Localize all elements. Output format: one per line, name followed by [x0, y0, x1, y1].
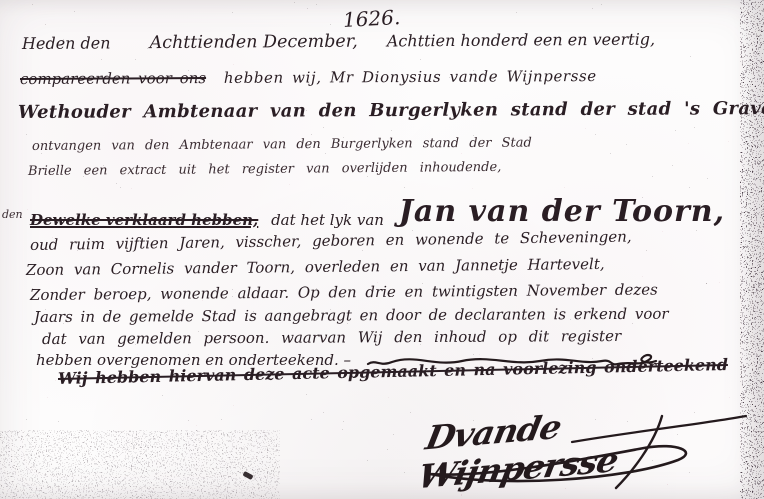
struck-comparanten-text: compareerden voor ons — [20, 69, 206, 88]
register-line: dat van gemelden persoon. waarvan Wij de… — [42, 327, 621, 348]
deceased-name: Jan van der Toorn, — [399, 194, 725, 229]
scanned-death-record: 1626. Heden den Achttienden December, Ac… — [0, 0, 764, 499]
inserted-registrar-text: hebben wij, Mr Dionysius vande Wijnperss… — [224, 67, 597, 87]
ink-blot — [242, 471, 253, 480]
act-number-value: 1626. — [342, 5, 400, 32]
opening-line: Heden den Achttienden December, Achttien… — [22, 30, 655, 54]
parents-line: Zoon van Cornelis vander Toorn, overlede… — [26, 255, 605, 279]
residence-line: Zonder beroep, wonende aldaar. Op den dr… — [30, 281, 658, 304]
declaration-text: dat het lyk van — [271, 211, 384, 229]
received-line-2: Brielle een extract uit het register van… — [28, 160, 501, 179]
registrar-signature: Dvande Wijnpersse — [416, 390, 756, 496]
received-line-1: ontvangen van den Ambtenaar van den Burg… — [32, 136, 532, 154]
struck-declaration-text: Dewelke verklaard hebben, — [30, 211, 258, 229]
opening-date: Achttienden December, — [150, 32, 358, 53]
brought-line: Jaars in de gemelde Stad is aangebragt e… — [34, 305, 669, 326]
official-title-line: Wethouder Ambtenaar van den Burgerlyken … — [18, 98, 764, 123]
margin-word: den — [2, 208, 23, 221]
signature-flourish — [416, 390, 756, 496]
opening-year: Achttien honderd een en veertig, — [387, 30, 655, 51]
comparanten-line: compareerden voor ons hebben wij, Mr Dio… — [20, 67, 597, 88]
opening-prefix: Heden den — [22, 33, 111, 53]
